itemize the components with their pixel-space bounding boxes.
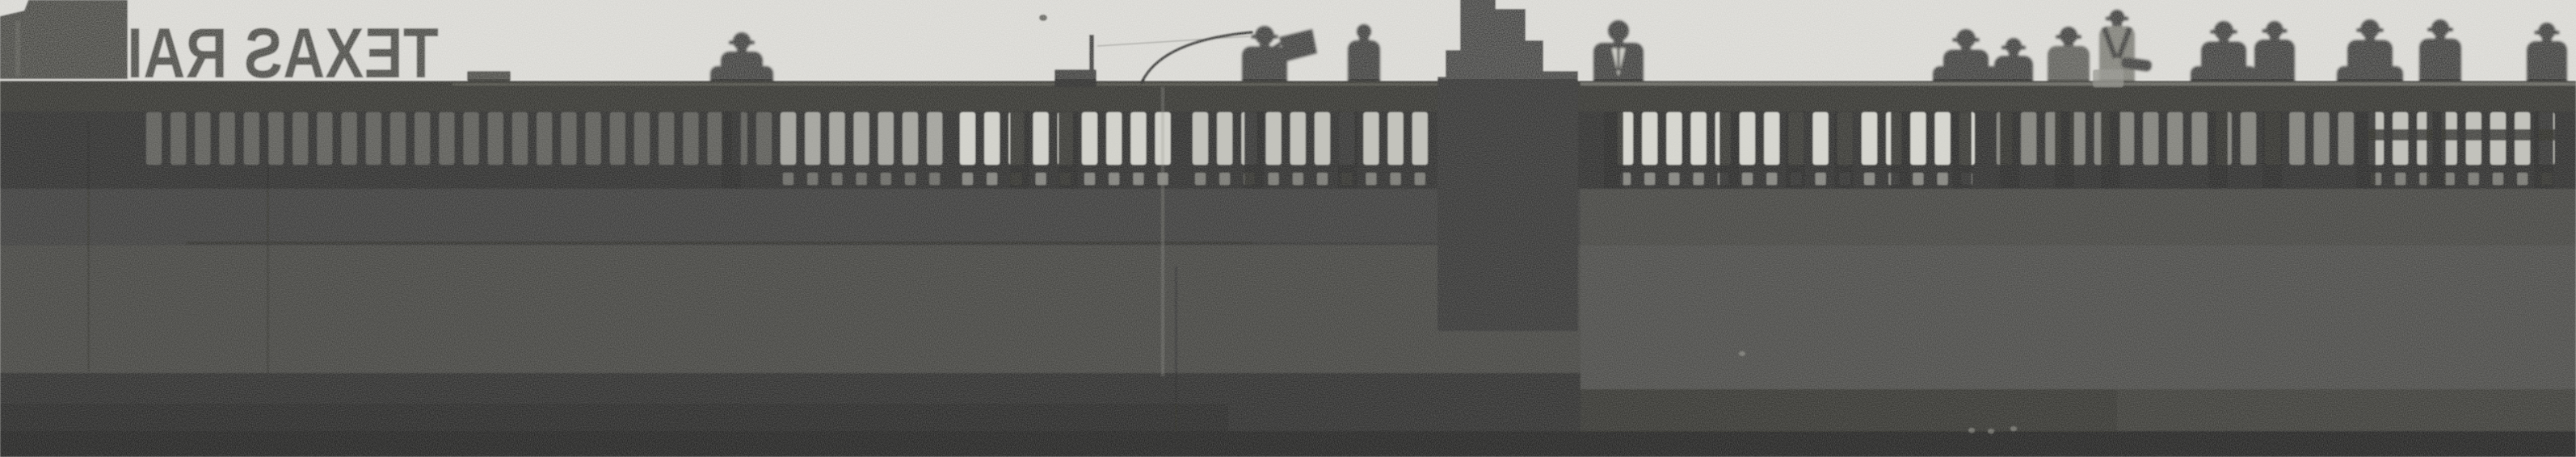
- sky-grain-overlay: [0, 0, 2576, 79]
- bridge-scene: TEXAS RAI: [0, 0, 2576, 457]
- photograph: TEXAS RAI: [0, 0, 2576, 457]
